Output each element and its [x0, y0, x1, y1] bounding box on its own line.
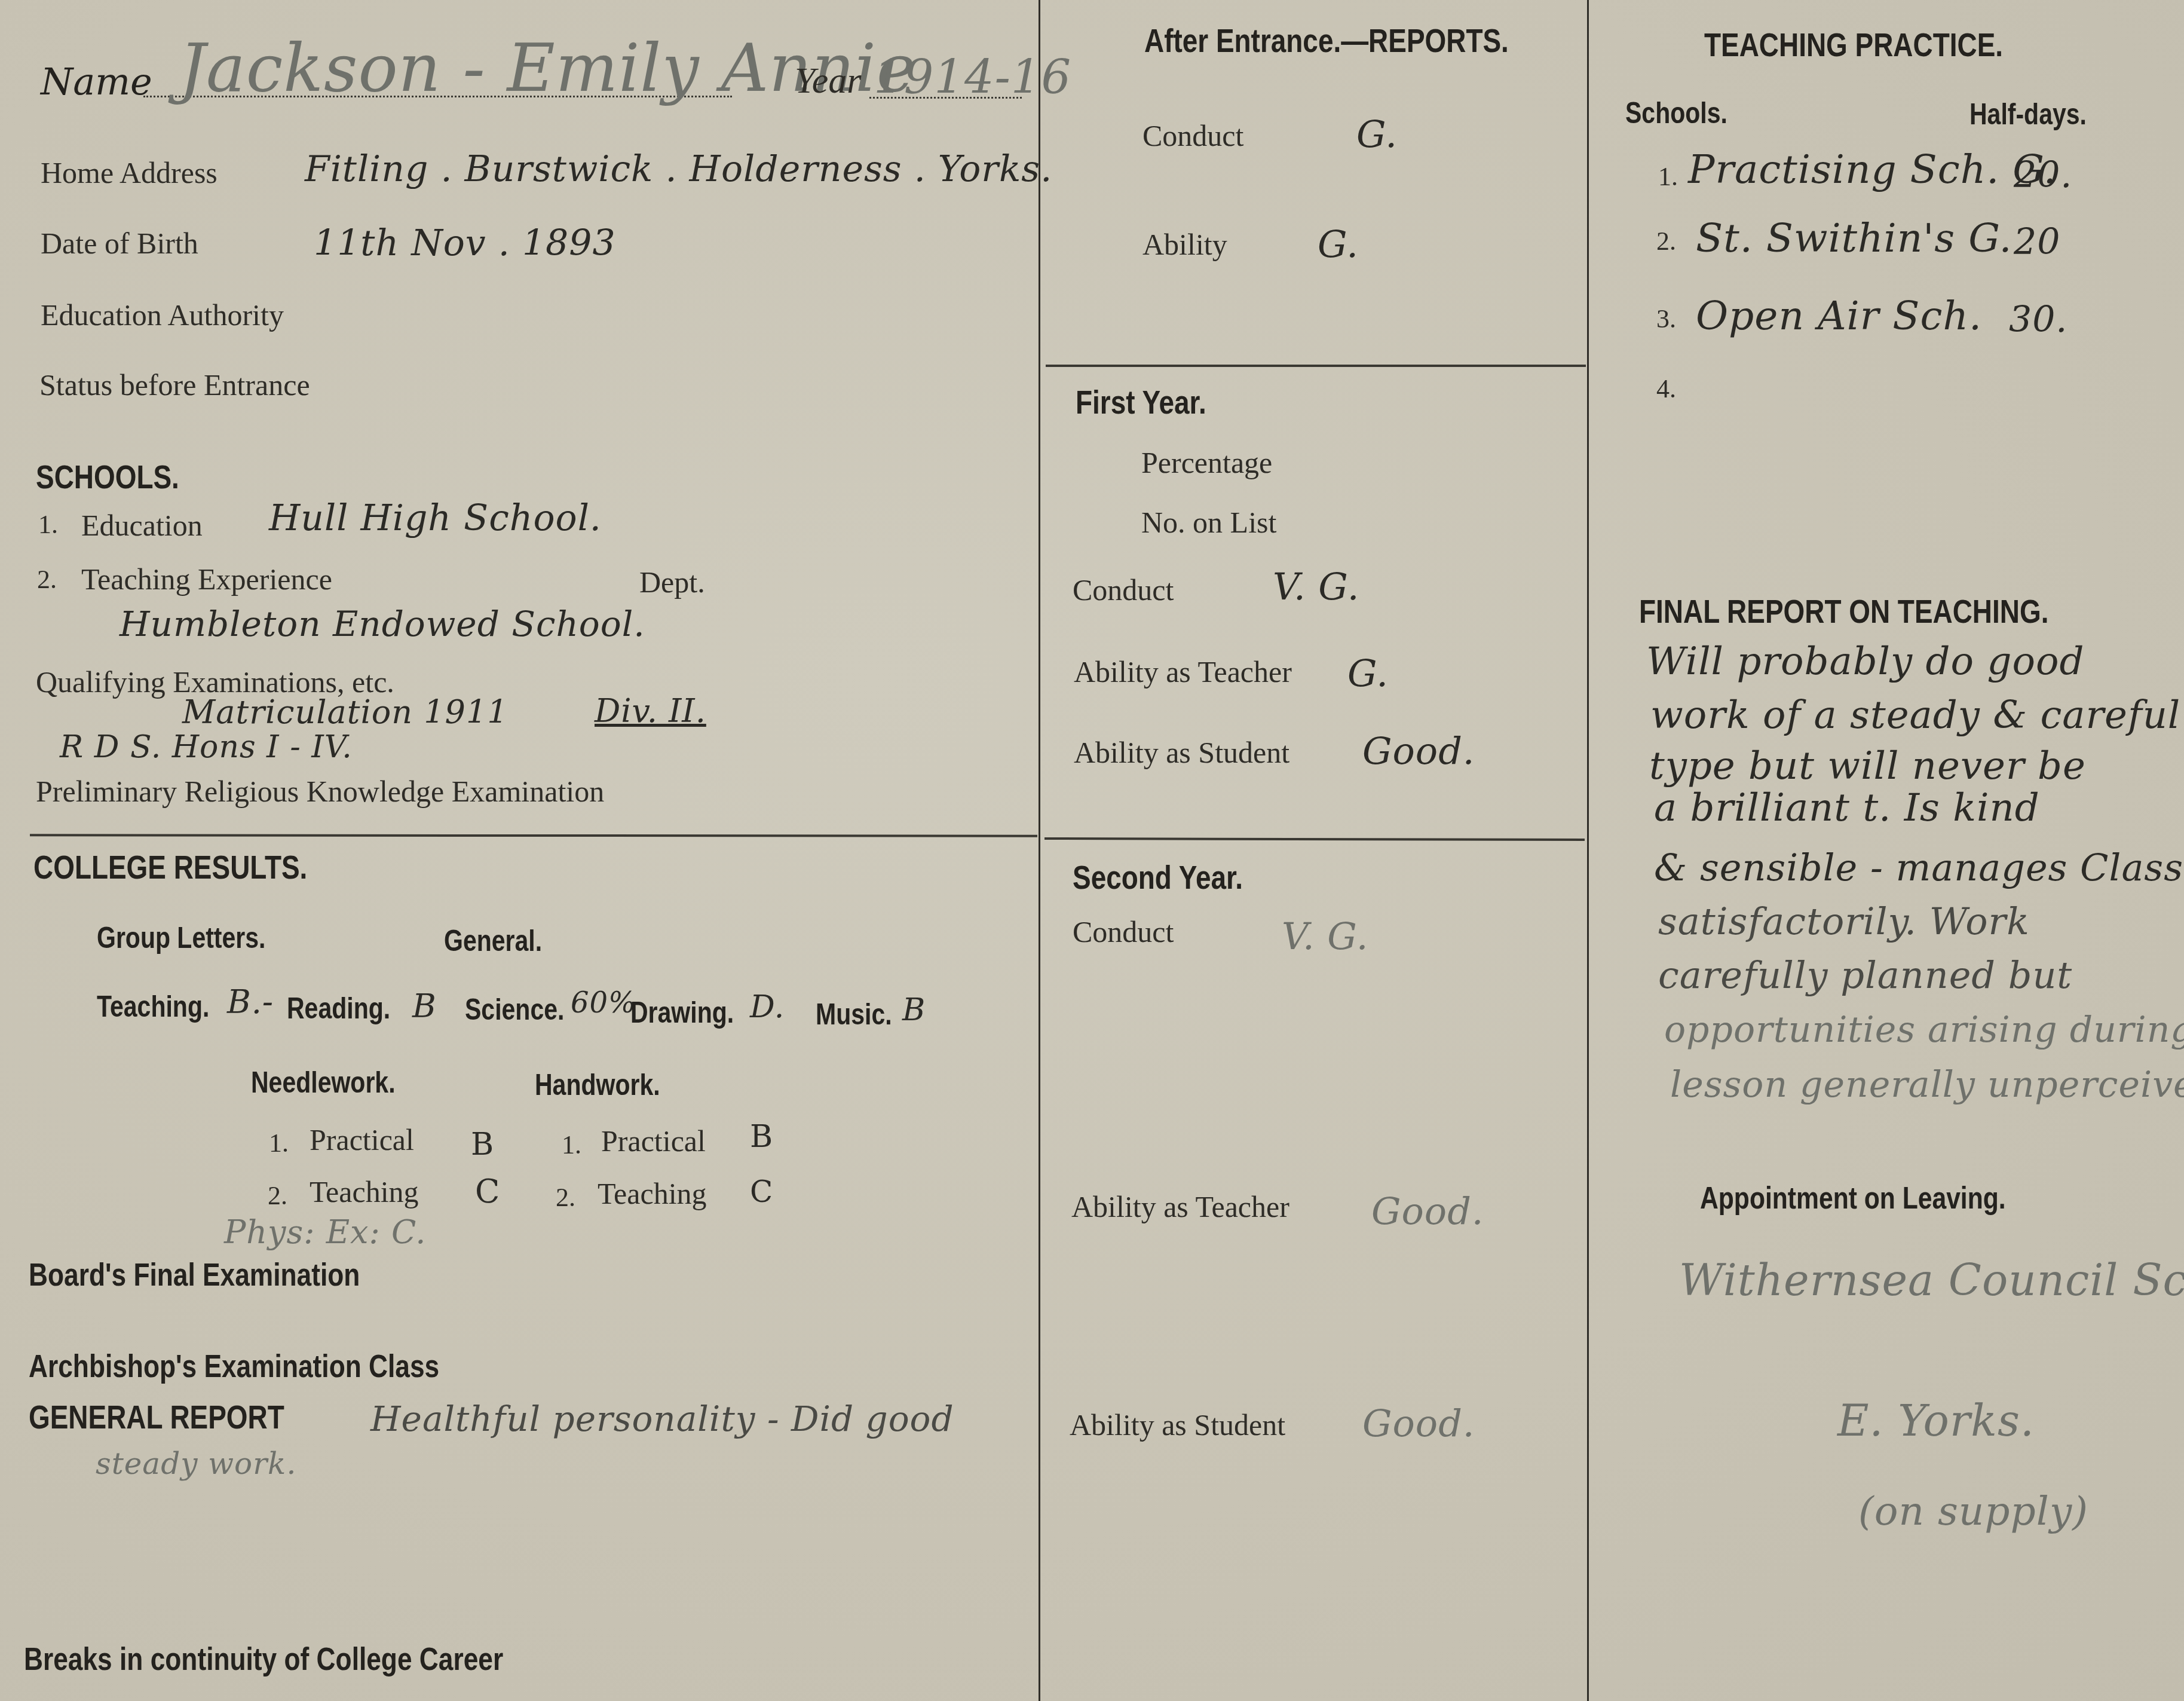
first-year-conduct-label: Conduct: [1073, 573, 1174, 607]
general-label: General.: [444, 923, 542, 958]
second-year-heading: Second Year.: [1073, 858, 1243, 897]
dept-label: Dept.: [639, 565, 705, 599]
needlework-heading: Needlework.: [251, 1065, 396, 1100]
final-report-line-7: carefully planned but: [1658, 953, 2072, 997]
music-grade-value: B: [902, 992, 926, 1028]
needlework-teaching-number: 2.: [268, 1180, 287, 1211]
appointment-on-leaving-heading: Appointment on Leaving.: [1700, 1180, 2006, 1216]
general-report-line-2: steady work.: [96, 1446, 296, 1481]
teaching-practice-row-1-half-days: 20.: [2014, 154, 2072, 196]
needlework-practical-label: Practical: [310, 1122, 414, 1157]
final-report-line-9: lesson generally unperceived: [1670, 1064, 2184, 1106]
after-entrance-ability-value: G.: [1318, 222, 1359, 266]
status-before-entrance-label: Status before Entrance: [39, 368, 310, 402]
second-year-ability-teacher-label: Ability as Teacher: [1071, 1189, 1289, 1224]
column-divider-right: [1587, 0, 1589, 1701]
section-divider-college-results: [30, 834, 1037, 837]
archbishops-examination-label: Archbishop's Examination Class: [29, 1348, 439, 1385]
year-value: 1914-16: [874, 51, 1071, 105]
first-year-heading: First Year.: [1076, 383, 1206, 421]
after-entrance-reports-heading: After Entrance.—REPORTS.: [1144, 21, 1509, 60]
education-value: Hull High School.: [269, 497, 602, 539]
general-report-line-1: Healthful personality - Did good: [370, 1399, 954, 1439]
section-divider-first-year: [1046, 365, 1586, 367]
final-report-line-5: & sensible - manages Class: [1654, 846, 2183, 889]
preliminary-religious-knowledge-label: Preliminary Religious Knowledge Examinat…: [36, 774, 604, 809]
breaks-in-continuity-label: Breaks in continuity of College Career: [24, 1641, 503, 1678]
handwork-teaching-number: 2.: [556, 1182, 575, 1213]
needlework-practical-value: B: [471, 1127, 494, 1162]
home-address-value: Fitling . Burstwick . Holderness . Yorks…: [305, 148, 1052, 190]
handwork-practical-label: Practical: [601, 1124, 706, 1158]
teaching-practice-row-1-number: 1.: [1658, 161, 1678, 192]
reading-grade-value: B: [412, 987, 437, 1025]
first-year-ability-teacher-value: G.: [1347, 651, 1389, 695]
teaching-practice-row-4-number: 4.: [1656, 374, 1676, 404]
schools-heading: SCHOOLS.: [36, 457, 179, 496]
first-year-ability-student-label: Ability as Student: [1074, 735, 1289, 770]
handwork-teaching-label: Teaching: [598, 1176, 707, 1211]
needlework-practical-number: 1.: [269, 1128, 289, 1158]
drawing-grade-value: D.: [750, 989, 785, 1025]
dob-value: 11th Nov . 1893: [314, 222, 616, 264]
teaching-experience-value: Humbleton Endowed School.: [120, 604, 645, 644]
teaching-grade-value: B.-: [227, 983, 274, 1021]
appointment-note: (on supply): [1858, 1488, 2088, 1534]
college-results-heading: COLLEGE RESULTS.: [33, 848, 307, 886]
after-entrance-ability-label: Ability: [1142, 227, 1227, 262]
qualifying-value-matriculation: Matriculation 1911: [182, 693, 509, 731]
science-grade-value: 60%: [571, 986, 636, 1020]
second-year-conduct-label: Conduct: [1073, 914, 1174, 949]
student-record-card: Name Jackson - Emily Annie Year 1914-16 …: [0, 0, 2184, 1701]
first-year-no-on-list-label: No. on List: [1141, 505, 1276, 540]
science-grade-label: Science.: [465, 992, 564, 1027]
second-year-conduct-value: V. G.: [1282, 914, 1368, 958]
first-year-conduct-value: V. G.: [1273, 565, 1359, 608]
final-report-heading: FINAL REPORT ON TEACHING.: [1639, 592, 2048, 631]
section-divider-second-year: [1044, 837, 1585, 841]
teaching-practice-row-1-school: Practising Sch. G.: [1688, 146, 2057, 192]
education-number: 1.: [38, 509, 58, 540]
education-label: Education: [81, 508, 203, 543]
dob-label: Date of Birth: [41, 226, 198, 261]
first-year-percentage-label: Percentage: [1141, 445, 1272, 480]
after-entrance-conduct-label: Conduct: [1142, 118, 1243, 153]
qualifying-value-rds: R D S. Hons I - IV.: [60, 729, 353, 765]
final-report-line-6: satisfactorily. Work: [1658, 900, 2030, 943]
needlework-teaching-value: C: [475, 1173, 500, 1210]
reading-grade-label: Reading.: [287, 991, 390, 1026]
needlework-teaching-label: Teaching: [310, 1174, 419, 1209]
handwork-heading: Handwork.: [535, 1067, 660, 1102]
handwork-practical-number: 1.: [562, 1130, 581, 1160]
teaching-experience-number: 2.: [37, 564, 57, 595]
teaching-grade-label: Teaching.: [97, 989, 209, 1024]
final-report-line-2: work of a steady & careful: [1650, 693, 2180, 738]
boards-final-examination-label: Board's Final Examination: [29, 1256, 360, 1293]
teaching-practice-heading: TEACHING PRACTICE.: [1704, 25, 2003, 64]
final-report-line-4: a brilliant t. Is kind: [1654, 786, 2040, 830]
year-label: Year: [795, 60, 861, 102]
second-year-ability-teacher-value: Good.: [1371, 1189, 1484, 1233]
second-year-ability-student-label: Ability as Student: [1070, 1408, 1285, 1442]
final-report-line-1: Will probably do good: [1646, 640, 2084, 684]
music-grade-label: Music.: [816, 997, 892, 1032]
teaching-practice-row-3-school: Open Air Sch.: [1696, 293, 1982, 339]
after-entrance-conduct-value: G.: [1356, 112, 1398, 156]
teaching-practice-half-days-label: Half-days.: [1969, 97, 2087, 131]
phys-ex-grade: Phys: Ex: C.: [224, 1213, 426, 1251]
handwork-practical-value: B: [750, 1119, 773, 1155]
appointment-region: E. Yorks.: [1837, 1396, 2035, 1446]
teaching-practice-row-2-number: 2.: [1656, 226, 1676, 256]
final-report-line-8: opportunities arising during: [1664, 1009, 2184, 1051]
teaching-practice-row-3-number: 3.: [1656, 304, 1676, 334]
handwork-teaching-value: C: [750, 1174, 773, 1209]
appointment-school: Withernsea Council Sch.: [1679, 1255, 2184, 1305]
drawing-grade-label: Drawing.: [630, 995, 734, 1030]
first-year-ability-student-value: Good.: [1362, 729, 1475, 773]
first-year-ability-teacher-label: Ability as Teacher: [1074, 654, 1292, 689]
teaching-practice-row-2-school: St. Swithin's G.: [1696, 215, 2013, 261]
final-report-line-3: type but will never be: [1649, 744, 2086, 788]
education-authority-label: Education Authority: [41, 298, 284, 332]
teaching-practice-schools-label: Schools.: [1625, 96, 1727, 130]
qualifying-division: Div. II.: [595, 692, 706, 730]
home-address-label: Home Address: [41, 155, 218, 190]
teaching-experience-label: Teaching Experience: [81, 562, 332, 596]
teaching-practice-row-3-half-days: 30.: [2009, 299, 2067, 341]
general-report-heading: GENERAL REPORT: [29, 1397, 284, 1436]
name-label: Name: [41, 60, 152, 103]
column-divider-left: [1039, 0, 1040, 1701]
second-year-ability-student-value: Good.: [1362, 1402, 1475, 1445]
teaching-practice-row-2-half-days: 20: [2014, 221, 2060, 263]
group-letters-label: Group Letters.: [97, 920, 265, 955]
